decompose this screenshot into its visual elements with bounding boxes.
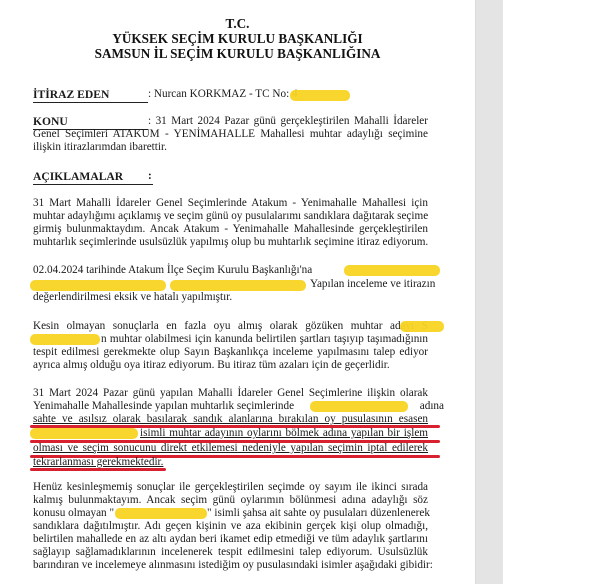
p4-line-2a: Yenimahalle Mahallesinde yapılan muhtarl… xyxy=(33,400,303,413)
p4-line-5: olması ve seçim sonucunu direkt etkileme… xyxy=(33,442,428,455)
subject-line-2: Genel Seçimleri ATAKUM - YENİMAHALLE Mah… xyxy=(33,128,428,141)
p5-line-5: belirtilen mahallede en az altı aydan be… xyxy=(33,533,428,546)
document-page: T.C. YÜKSEK SEÇİM KURULU BAŞKANLIĞI SAMS… xyxy=(0,0,475,584)
p5-line-3b: " isimli şahsa ait sahte oy pusulaları d… xyxy=(207,507,428,520)
subject-line-1: : 31 Mart 2024 Pazar günü gerçekleştiril… xyxy=(148,115,428,128)
subject-line-3: ilişkin itirazlarımdan ibarettir. xyxy=(33,141,428,154)
redaction-p5-a xyxy=(115,508,207,519)
subject-label: KONU xyxy=(33,115,68,128)
page-gutter xyxy=(475,0,504,584)
p1-line-4: muhtarlık seçimlerinde usulsüzlük yapılm… xyxy=(33,236,428,249)
objector-label: İTİRAZ EDEN xyxy=(33,88,109,101)
redaction-p2-c xyxy=(170,280,306,291)
p3-line-3: tespit edilmesi gerekmekte olup Sayın Ba… xyxy=(33,346,428,359)
redaction-p3-a xyxy=(400,321,444,332)
p2-line-1: 02.04.2024 tarihinde Atakum İlçe Seçim K… xyxy=(33,264,333,277)
p2-line-3: değerlendirilmesi eksik ve hatalı yapılm… xyxy=(33,291,428,304)
p5-line-6: sağlayıp sağlamadıklarının incelenerek t… xyxy=(33,546,428,559)
p5-line-1: Henüz kesinleşmemiş sonuçlar ile gerçekl… xyxy=(33,481,428,494)
p4-line-4: isimli muhtar adayının oylarını bölmek a… xyxy=(140,427,428,440)
redaction-p4-b xyxy=(30,428,138,439)
p1-line-1: 31 Mart Mahalli İdareler Genel Seçimleri… xyxy=(33,197,428,210)
p5-line-3a: konusu olmayan " xyxy=(33,507,123,520)
p1-line-2: muhtar adaylığımı açıklamış ve seçim gün… xyxy=(33,210,428,223)
objector-label-rule xyxy=(33,102,148,103)
redaction-p2-b xyxy=(30,280,166,291)
explanations-colon: : xyxy=(148,170,152,183)
p5-line-2: kalmış bulunmaktayım. Ancak seçim günü o… xyxy=(33,494,428,507)
header-ysk: YÜKSEK SEÇİM KURULU BAŞKANLIĞI xyxy=(0,31,475,46)
p4-line-1: 31 Mart 2024 Pazar günü yapılan Mahalli … xyxy=(33,387,428,400)
p4-line-2b: adına xyxy=(404,400,444,413)
redaction-tc-no xyxy=(290,90,350,101)
p3-line-1: Kesin olmayan sonuçlarla en fazla oyu al… xyxy=(33,320,428,333)
explanations-label: AÇIKLAMALAR xyxy=(33,170,123,183)
redaction-p3-b xyxy=(30,334,100,345)
p5-line-7: barındıran ve incelemeye alınmasını iste… xyxy=(33,559,428,572)
explanations-label-rule xyxy=(33,184,153,185)
redaction-p4-a xyxy=(310,401,408,412)
p1-line-3: girmiş bulunmaktaydım. Ancak Atakum - Ye… xyxy=(33,223,428,236)
red-underline-4 xyxy=(30,468,166,471)
header-tc: T.C. xyxy=(0,16,475,31)
right-blank-area xyxy=(503,0,600,584)
header-samsun: SAMSUN İL SEÇİM KURULU BAŞKANLIĞINA xyxy=(0,46,475,61)
objector-value: : Nurcan KORKMAZ - TC No: 4 xyxy=(148,88,298,101)
p5-line-4: sandıklara dağıtılmıştır. Adı geçen kişi… xyxy=(33,520,428,533)
p3-line-4: ayrıca almış olduğu oya itiraz ediyorum.… xyxy=(33,359,428,372)
redaction-p2-a xyxy=(344,265,440,276)
p3-line-2: n muhtar olabilmesi için kanunda belirti… xyxy=(101,333,428,346)
p2-line-2: Yapılan inceleme ve itirazın xyxy=(310,278,428,291)
